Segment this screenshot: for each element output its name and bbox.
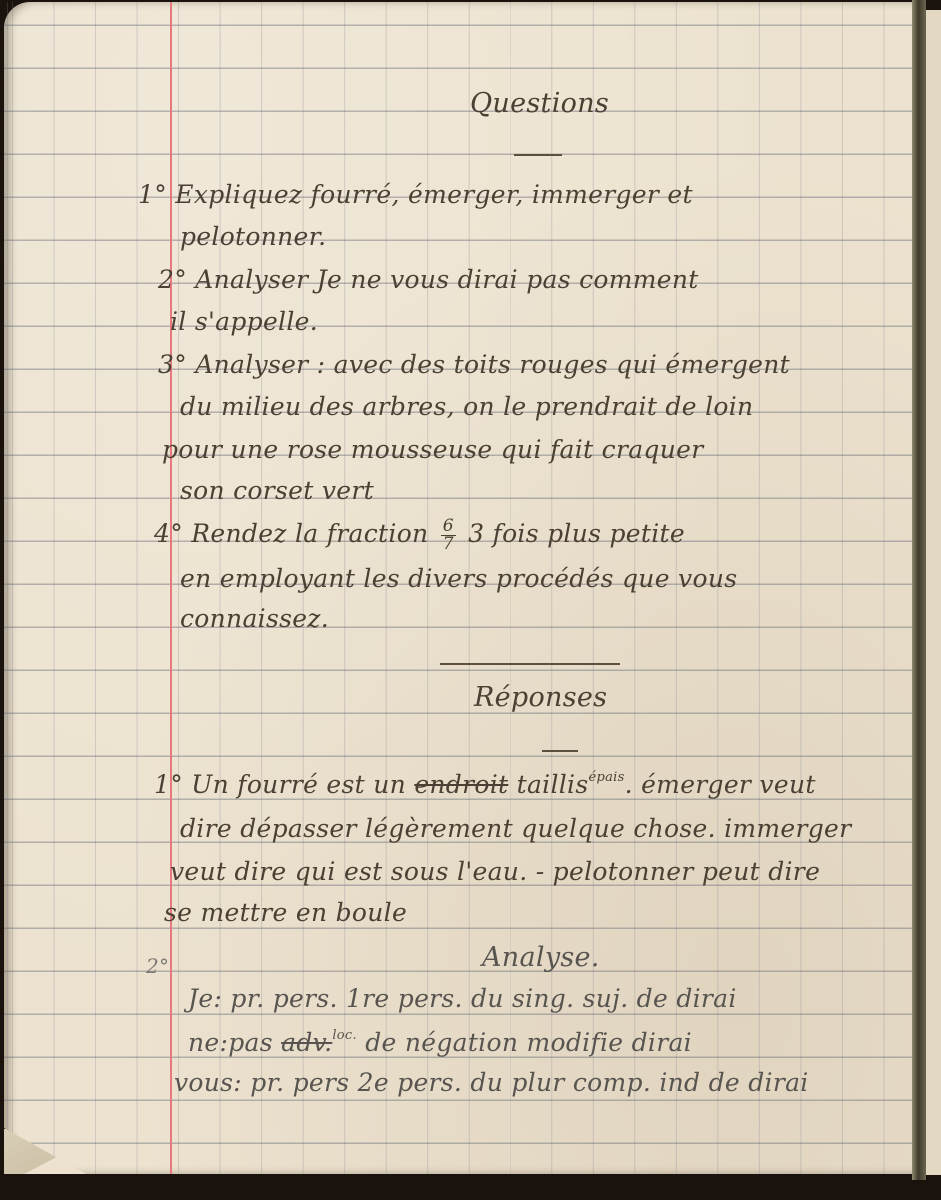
notebook-binding	[912, 0, 926, 1180]
answer-text: . émerger veut	[625, 770, 816, 799]
answer-text: taillis	[517, 770, 589, 799]
fraction-denominator: 7	[441, 536, 456, 553]
question-2-line-2: il s'appelle.	[170, 307, 318, 336]
question-text: Rendez la fraction	[191, 519, 428, 548]
struck-word: endroit	[414, 770, 508, 799]
answer-text: Un fourré est un	[191, 770, 406, 799]
struck-word: adv.	[281, 1028, 332, 1057]
analysed-word: vous:	[174, 1068, 242, 1097]
analysis-line-2: ne:pas adv.loc. de négation modifie dira…	[188, 1028, 692, 1057]
inserted-word: loc.	[332, 1028, 357, 1043]
answer-1-line-2: dire dépasser légèrement quelque chose. …	[180, 814, 851, 843]
analysis-line-1: Je: pr. pers. 1re pers. du sing. suj. de…	[188, 984, 737, 1013]
question-text: Analyser : avec des toits rouges qui éme…	[195, 350, 790, 379]
inserted-word: épais	[588, 770, 624, 785]
analysis-text: de négation modifie dirai	[365, 1028, 692, 1057]
analysed-word: Je:	[188, 984, 222, 1013]
section-divider	[440, 663, 620, 665]
question-1-line-2: pelotonner.	[180, 222, 326, 251]
question-number: 1°	[138, 180, 167, 209]
question-number: 3°	[158, 350, 187, 379]
question-3-line-1: 3° Analyser : avec des toits rouges qui …	[158, 350, 790, 379]
answer-number: 1°	[154, 770, 183, 799]
question-text: Analyser Je ne vous dirai pas comment	[195, 265, 698, 294]
question-number: 4°	[154, 519, 183, 548]
next-page-edge	[926, 10, 941, 1175]
answer-1-line-1: 1° Un fourré est un endroit taillisépais…	[154, 770, 816, 799]
question-4-line-2: en employant les divers procédés que vou…	[180, 564, 737, 593]
question-2-line-1: 2° Analyser Je ne vous dirai pas comment	[158, 265, 699, 294]
analysis-text: pr. pers 2e pers. du plur comp. ind de d…	[250, 1068, 808, 1097]
answer-1-line-3: veut dire qui est sous l'eau. - pelotonn…	[170, 857, 820, 886]
answers-heading: Réponses	[474, 682, 607, 713]
fraction: 6 7	[441, 518, 456, 553]
question-4-line-3: connaissez.	[180, 604, 329, 633]
question-text: Expliquez fourré, émerger, immerger et	[175, 180, 693, 209]
question-4-line-1: 4° Rendez la fraction 6 7 3 fois plus pe…	[154, 518, 685, 553]
analysis-text: pr. pers. 1re pers. du sing. suj. de dir…	[230, 984, 736, 1013]
question-3-line-4: son corset vert	[180, 476, 374, 505]
question-text: 3 fois plus petite	[468, 519, 685, 548]
analysis-heading: Analyse.	[482, 942, 600, 973]
notebook-scan: Questions 1° Expliquez fourré, émerger, …	[0, 0, 941, 1200]
notebook-page: Questions 1° Expliquez fourré, émerger, …	[4, 2, 922, 1174]
analysed-word: ne:pas	[188, 1028, 273, 1057]
red-margin-line	[170, 2, 172, 1174]
analysis-line-3: vous: pr. pers 2e pers. du plur comp. in…	[174, 1068, 809, 1097]
question-1-line-1: 1° Expliquez fourré, émerger, immerger e…	[138, 180, 693, 209]
question-3-line-2: du milieu des arbres, on le prendrait de…	[180, 392, 753, 421]
answer-1-line-4: se mettre en boule	[164, 898, 407, 927]
question-number: 2°	[158, 265, 187, 294]
questions-heading: Questions	[470, 88, 609, 119]
question-3-line-3: pour une rose mousseuse qui fait craquer	[162, 435, 703, 464]
margin-number: 2°	[146, 954, 169, 978]
heading-underline	[514, 154, 562, 156]
heading-underline	[542, 750, 578, 752]
